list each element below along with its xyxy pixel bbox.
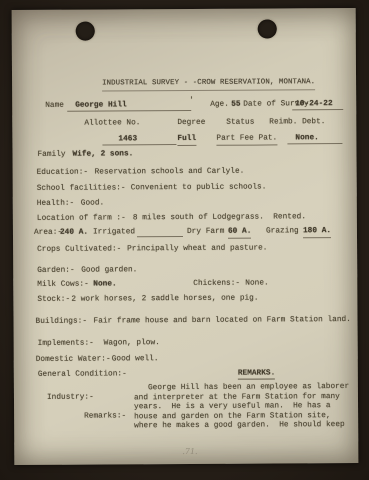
allottee-no-value: 1463 <box>102 133 176 145</box>
area-total-value: 240 A. <box>60 229 88 238</box>
education-label: Education:- <box>37 169 89 178</box>
remarks-label: Remarks:- <box>84 412 126 421</box>
document-title: INDUSTRIAL SURVEY - -CROW RESERVATION, M… <box>102 78 315 91</box>
crops-value: Principally wheat and pasture. <box>127 244 267 254</box>
degree-value: Full <box>177 135 196 146</box>
pen-tick-mark: ' <box>189 97 194 106</box>
name-label: Name <box>45 102 64 111</box>
farm-location-value: 8 miles south of Lodgegrass. Rented. <box>133 213 306 223</box>
reimb-debt-label: Reimb. Debt. <box>269 118 325 127</box>
domestic-water-value: Good well. <box>112 355 159 364</box>
document-page: INDUSTRIAL SURVEY - -CROW RESERVATION, M… <box>12 8 359 465</box>
irrigated-label: Irrigated <box>93 228 135 237</box>
milk-cows-label: Milk Cows:- <box>37 281 89 290</box>
general-condition-label: General Condition:- <box>38 370 127 380</box>
education-value: Reservation schools and Carlyle. <box>95 168 245 178</box>
name-value: George Hill <box>67 99 191 112</box>
punch-hole-icon <box>258 19 277 38</box>
school-facilities-value: Convenient to public schools. <box>131 184 267 194</box>
scan-background: { "colors": { "paper": "#d4ceb9", "ink":… <box>0 0 369 480</box>
remarks-body: George Hill has been an employee as labo… <box>134 383 366 432</box>
dry-farm-label: Dry Farm <box>187 228 224 237</box>
buildings-label: Buildings:- <box>35 318 87 327</box>
industry-label: Industry:- <box>47 394 94 403</box>
degree-label: Degree <box>177 119 205 128</box>
buildings-value: Fair frame house and barn located on Far… <box>93 316 350 327</box>
dry-farm-value: 60 A. <box>228 228 251 239</box>
chickens-label: Chickens:- <box>193 280 240 289</box>
domestic-water-label: Domestic Water:- <box>36 355 111 364</box>
age-label: Age. <box>210 101 229 110</box>
implements-label: Implements:- <box>38 340 94 349</box>
punch-hole-icon <box>76 22 95 41</box>
implements-value: Wagon, plow. <box>104 339 160 348</box>
age-value: 55 <box>231 101 240 110</box>
milk-cows-value: None. <box>93 280 116 289</box>
reimb-debt-value: None. <box>287 132 342 144</box>
irrigated-blank-underline <box>137 228 183 237</box>
health-label: Health:- <box>37 200 74 209</box>
stock-value: 2 work horses, 2 saddle horses, one pig. <box>71 295 258 305</box>
grazing-value: 180 A. <box>303 227 331 238</box>
family-label: Family <box>37 151 65 160</box>
survey-date-value: 10-24-22 <box>292 98 343 110</box>
school-facilities-label: School facilities:- <box>37 184 126 194</box>
garden-label: Garden:- <box>37 267 74 276</box>
grazing-label: Grazing <box>266 227 299 236</box>
status-value: Part Fee Pat. <box>216 134 277 145</box>
remarks-heading: REMARKS. <box>238 369 275 379</box>
allottee-no-label: Allottee No. <box>84 119 140 128</box>
garden-value: Good garden. <box>81 266 137 275</box>
farm-location-label: Location of farm :- <box>37 214 126 224</box>
health-value: Good. <box>81 199 104 208</box>
stock-label: Stock:- <box>37 296 70 305</box>
status-label: Status <box>226 119 254 128</box>
page-number-pencil-mark: .71. <box>182 447 197 456</box>
area-label: Area:- <box>34 229 62 238</box>
family-value: Wife, 2 sons. <box>72 150 133 159</box>
chickens-value: None. <box>245 279 268 288</box>
crops-label: Crops Cultivated:- <box>37 245 121 255</box>
